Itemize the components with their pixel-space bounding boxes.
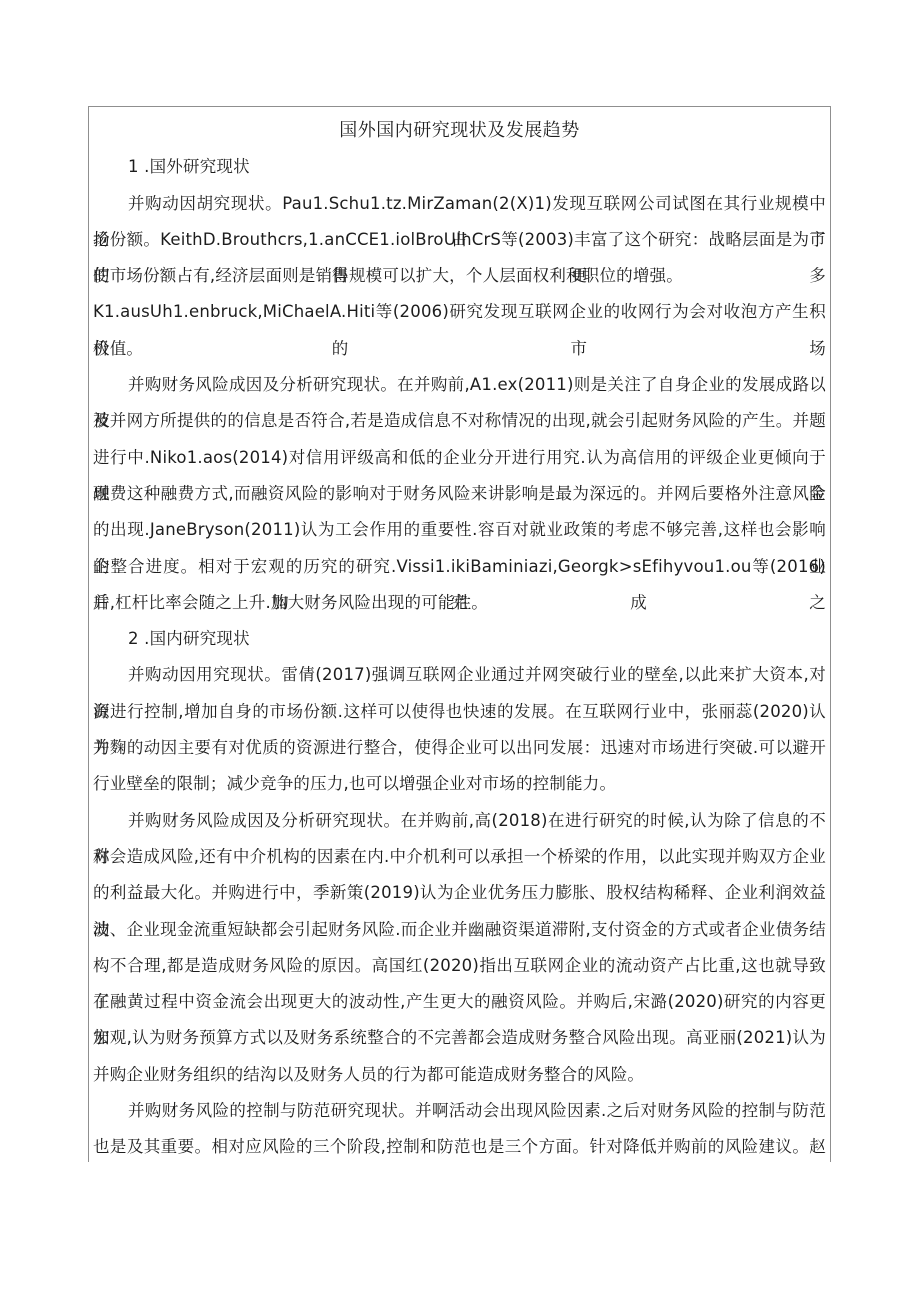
- paragraph-line: K1.ausUh1.enbruck,MiChaelA.Hiti等(2006)研究…: [93, 294, 826, 330]
- paragraph-line: 场份额。KeithD.Brouthcrs,1.anCCE1.iolBroUIhC…: [93, 222, 826, 258]
- paragraph-line: 并购财务风险的控制与防范研究现状。并啊活动会出现风险因素.之后对财务风险的控制与…: [93, 1093, 826, 1129]
- paragraph-line: 并购财务风险成因及分析研究现状。在并购前,A1.ex(2011)则是关注了自身企…: [93, 367, 826, 403]
- paragraph-line: 的利益最大化。并购进行中，季新策(2019)认为企业优务压力膨胀、股权结构稀释、…: [93, 875, 826, 911]
- paragraph-line: 在融黄过程中资金流会出现更大的波动性,产生更大的融资风险。并购后,宋潞(2020…: [93, 984, 826, 1020]
- paragraph-line: 宏观,认为财务预算方式以及财务系统整合的不完善都会造成财务整合风险出现。高亚丽(…: [93, 1020, 826, 1056]
- paragraph-line: 的整合进度。相对于宏观的历究的研究.Vissi1.ikiBaminiazi,Ge…: [93, 549, 826, 585]
- section-heading-domestic: 2 .国内研究现状: [93, 621, 826, 657]
- paragraph-line: 源进行控制,增加自身的市场份额.这样可以使得也快速的发展。在互联网行业中，张丽蕊…: [93, 694, 826, 730]
- paragraph-line: 并购动因胡究现状。Pau1.Schu1.tz.MirZaman(2(X)1)发现…: [93, 186, 826, 222]
- paragraph-line: 融费这种融费方式,而融资风险的影响对于财务风险来讲影响是最为深远的。并网后要格外…: [93, 476, 826, 512]
- paragraph-line: 进行中.Niko1.aos(2014)对信用评级高和低的企业分开进行用究.认为高…: [93, 440, 826, 476]
- section-heading-foreign: 1 .国外研究现状: [93, 149, 826, 185]
- paragraph-line: 称会造成风险,还有中介机构的因素在内.中介机利可以承担一个桥梁的作用，以此实现并…: [93, 839, 826, 875]
- paragraph-line: 也是及其重要。相对应风险的三个阶段,控制和防范也是三个方面。针对降低并购前的风险…: [93, 1129, 826, 1165]
- paragraph-line: 被并网方所提供的的信息是否符合,若是造成信息不对称情况的出现,就会引起财务风险的…: [93, 403, 826, 439]
- paragraph-line: 构不合理,都是造成财务风险的原因。高国红(2020)指出互联网企业的流动资产占比…: [93, 948, 826, 984]
- paragraph-line: 并购企业财务组织的结沟以及财务人员的行为都可能造成财务整合的风险。: [93, 1057, 826, 1093]
- document-title: 国外国内研究现状及发展趋势: [93, 113, 826, 149]
- document-page: 国外国内研究现状及发展趋势1 .国外研究现状并购动因胡究现状。Pau1.Schu…: [0, 0, 920, 1301]
- paragraph-line: 并麴的动因主要有对优质的资源进行整合，使得企业可以出冋发展：迅速对市场进行突破.…: [93, 730, 826, 766]
- paragraph-line: 行业壁垒的限制；减少竞争的压力,也可以增强企业对市场的控制能力。: [93, 766, 826, 802]
- paragraph-line: 并购财务风险成因及分析研究现状。在并购前,高(2018)在进行研究的时候,认为除…: [93, 803, 826, 839]
- bordered-text-block: 国外国内研究现状及发展趋势1 .国外研究现状并购动因胡究现状。Pau1.Schu…: [88, 106, 831, 1162]
- paragraph-line: 的出现.JaneBryson(2011)认为工会作用的重要性.容百对就业政策的考…: [93, 512, 826, 548]
- paragraph-line: 动、企业现金流重短缺都会引起财务风险.而企业并幽融资渠道滞附,支付资金的方式或者…: [93, 912, 826, 948]
- paragraph-line: 并购动因用究现状。雷倩(2017)强调互联网企业通过并网突破行业的壁垒,以此来扩…: [93, 657, 826, 693]
